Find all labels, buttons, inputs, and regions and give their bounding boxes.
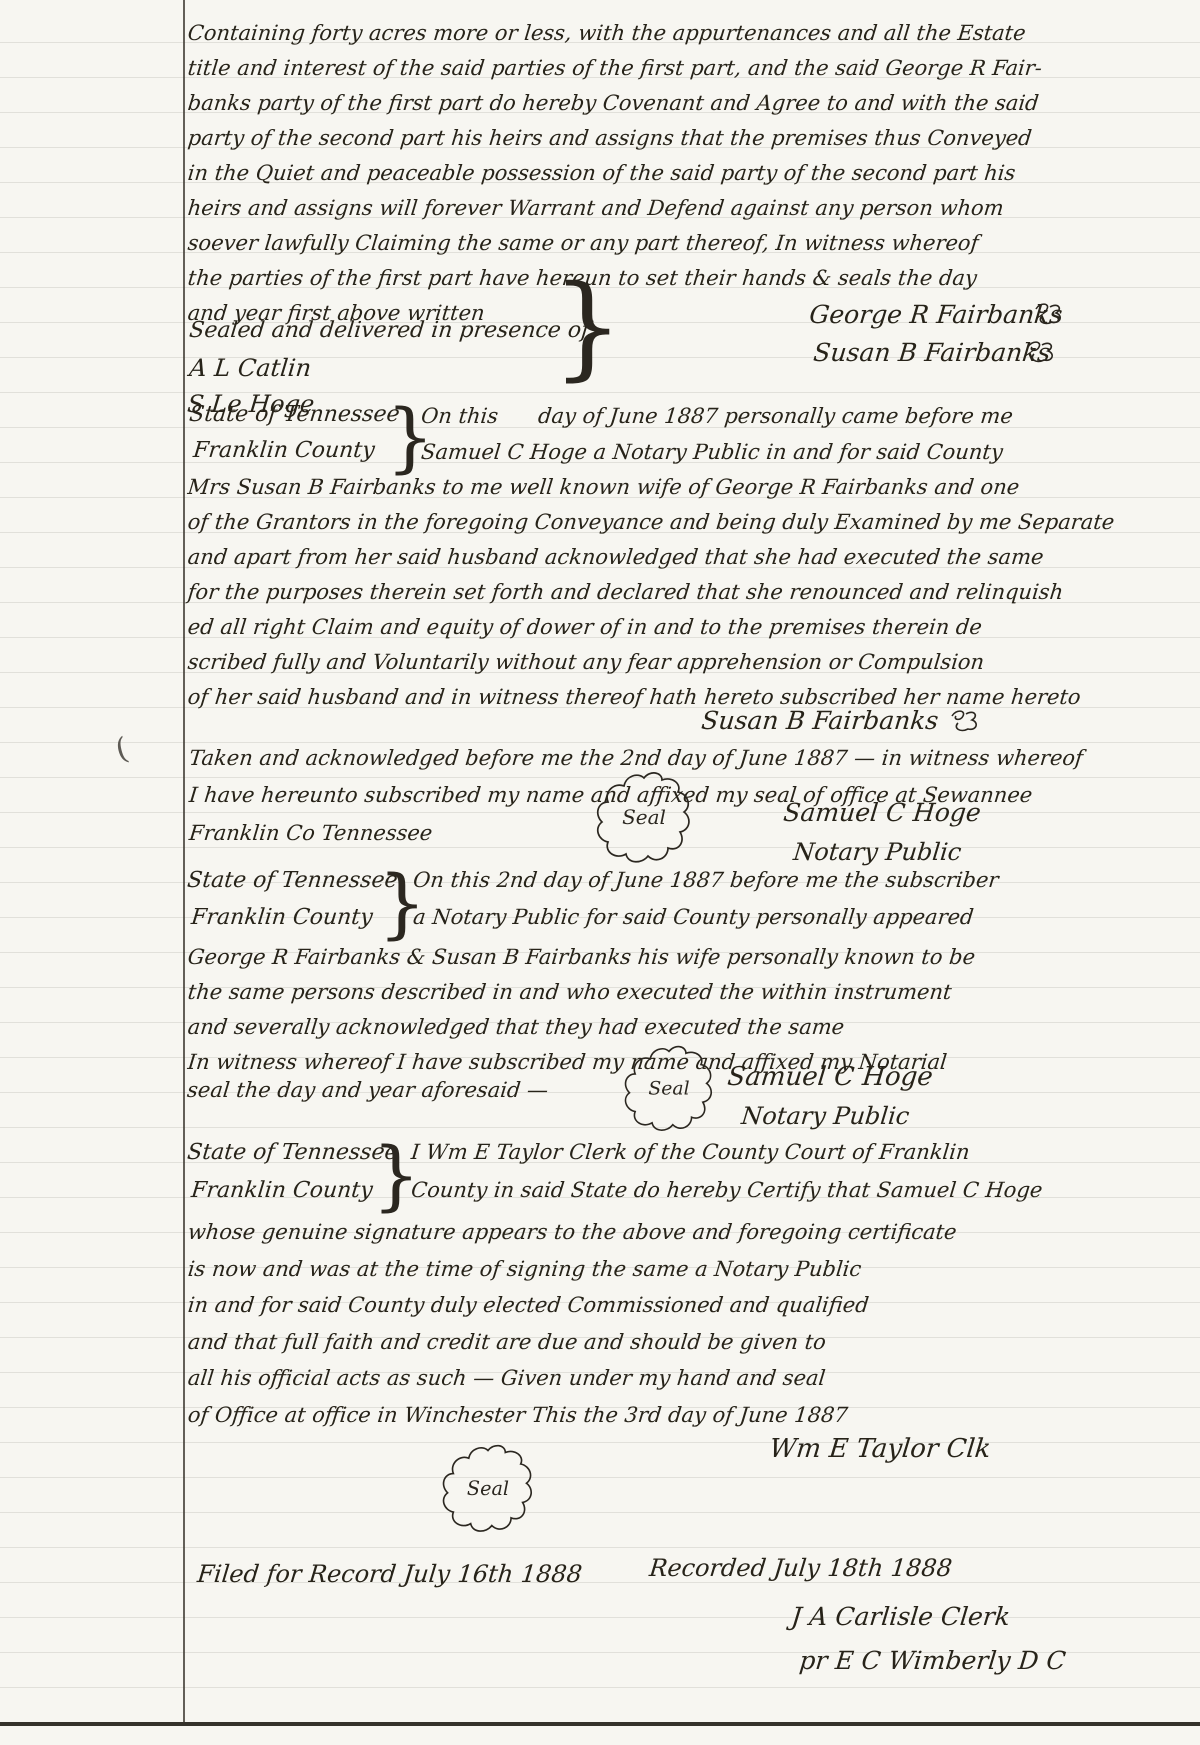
handwritten-line: of Office at office in Winchester This t…: [186, 1397, 958, 1434]
deputy-clerk-signature: pr E C Wimberly D C: [798, 1646, 1067, 1675]
notary-signature: Samuel C Hoge: [726, 1062, 934, 1092]
filed-for-record-note: Filed for Record July 16th 1888: [196, 1560, 584, 1588]
venue-county: Franklin County: [190, 1178, 374, 1203]
deed-record-page: Containing forty acres more or less, wit…: [0, 0, 1200, 1745]
seal-label: Seal: [622, 805, 666, 829]
handwritten-line: Samuel C Hoge a Notary Public in and for…: [420, 440, 1004, 464]
handwritten-line: On this day of June 1887 personally came…: [420, 404, 1014, 428]
grantor-signature-george: George R Fairbanks: [808, 300, 1064, 329]
handwritten-line: Mrs Susan B Fairbanks to me well known w…: [186, 470, 1116, 505]
witness-signature-catlin: A L Catlin: [188, 354, 313, 382]
handwritten-line: title and interest of the said parties o…: [186, 51, 1044, 86]
handwritten-line: heirs and assigns will forever Warrant a…: [186, 191, 1044, 226]
seal-label: Seal: [648, 1079, 689, 1100]
clerk-certificate-body: whose genuine signature appears to the a…: [186, 1214, 955, 1433]
handwritten-line: seal the day and year aforesaid —: [186, 1078, 549, 1102]
handwritten-line: soever lawfully Claiming the same or any…: [186, 226, 1044, 261]
handwritten-line: a Notary Public for said County personal…: [412, 905, 975, 929]
seal-label: Seal: [467, 1477, 509, 1500]
handwritten-line: and severally acknowledged that they had…: [186, 1010, 977, 1045]
handwritten-line: scribed fully and Voluntarily without an…: [186, 645, 1116, 680]
handwritten-line: in and for said County duly elected Comm…: [186, 1287, 958, 1324]
susan-acknowledgment-signature: Susan B Fairbanks: [700, 706, 940, 735]
handwritten-line: Franklin Co Tennessee: [188, 821, 434, 845]
handwritten-line: of the Grantors in the foregoing Conveya…: [186, 505, 1116, 540]
handwritten-line: all his official acts as such — Given un…: [186, 1360, 958, 1397]
witness-brace: }: [552, 262, 623, 392]
venue-county: Franklin County: [192, 438, 376, 463]
venue-state: State of Tennessee: [186, 1140, 399, 1165]
handwritten-line: and that full faith and credit are due a…: [186, 1324, 958, 1361]
recording-clerk-signature: J A Carlisle Clerk: [790, 1602, 1012, 1631]
handwritten-line: in the Quiet and peaceable possession of…: [186, 156, 1044, 191]
joint-acknowledgment-body: George R Fairbanks & Susan B Fairbanks h…: [186, 940, 973, 1080]
notary-seal-drawing: Seal: [592, 768, 696, 868]
notary-signature: Samuel C Hoge: [782, 798, 982, 827]
page-bottom-rule: [0, 1722, 1200, 1726]
margin-rule-line: [183, 0, 185, 1724]
notary-title: Notary Public: [740, 1102, 911, 1130]
clerk-seal-drawing: Seal: [438, 1440, 538, 1538]
handwritten-line: George R Fairbanks & Susan B Fairbanks h…: [186, 940, 977, 975]
handwritten-line: whose genuine signature appears to the a…: [186, 1214, 958, 1251]
handwritten-line: banks party of the first part do hereby …: [186, 86, 1044, 121]
handwritten-line: On this 2nd day of June 1887 before me t…: [412, 868, 1000, 892]
seal-scribble-icon: [1030, 301, 1066, 329]
notary-seal-drawing: Seal: [620, 1042, 718, 1136]
venue-county: Franklin County: [190, 905, 374, 930]
venue-state: State of Tennessee: [188, 402, 401, 427]
grantor-signature-susan: Susan B Fairbanks: [812, 338, 1052, 367]
handwritten-line: Taken and acknowledged before me the 2nd…: [188, 746, 1084, 770]
wife-acknowledgment-body: Mrs Susan B Fairbanks to me well known w…: [186, 470, 1112, 715]
seal-scribble-icon: [1022, 339, 1058, 367]
clerk-signature: Wm E Taylor Clk: [768, 1434, 992, 1464]
handwritten-line: I Wm E Taylor Clerk of the County Court …: [410, 1140, 971, 1164]
handwritten-line: County in said State do hereby Certify t…: [410, 1178, 1044, 1202]
seal-scribble-icon: [946, 708, 982, 736]
recorded-note: Recorded July 18th 1888: [648, 1554, 953, 1582]
handwritten-line: and apart from her said husband acknowle…: [186, 540, 1116, 575]
stray-pen-mark: (: [112, 731, 132, 768]
attestation-clause: Sealed and delivered in presence of: [188, 318, 591, 343]
handwritten-line: the same persons described in and who ex…: [186, 975, 977, 1010]
handwritten-line: party of the second part his heirs and a…: [186, 121, 1044, 156]
handwritten-line: for the purposes therein set forth and d…: [186, 575, 1116, 610]
venue-state: State of Tennessee: [186, 868, 399, 893]
handwritten-line: Containing forty acres more or less, wit…: [186, 16, 1044, 51]
notary-title: Notary Public: [792, 838, 963, 866]
handwritten-line: is now and was at the time of signing th…: [186, 1251, 958, 1288]
handwritten-line: ed all right Claim and equity of dower o…: [186, 610, 1116, 645]
